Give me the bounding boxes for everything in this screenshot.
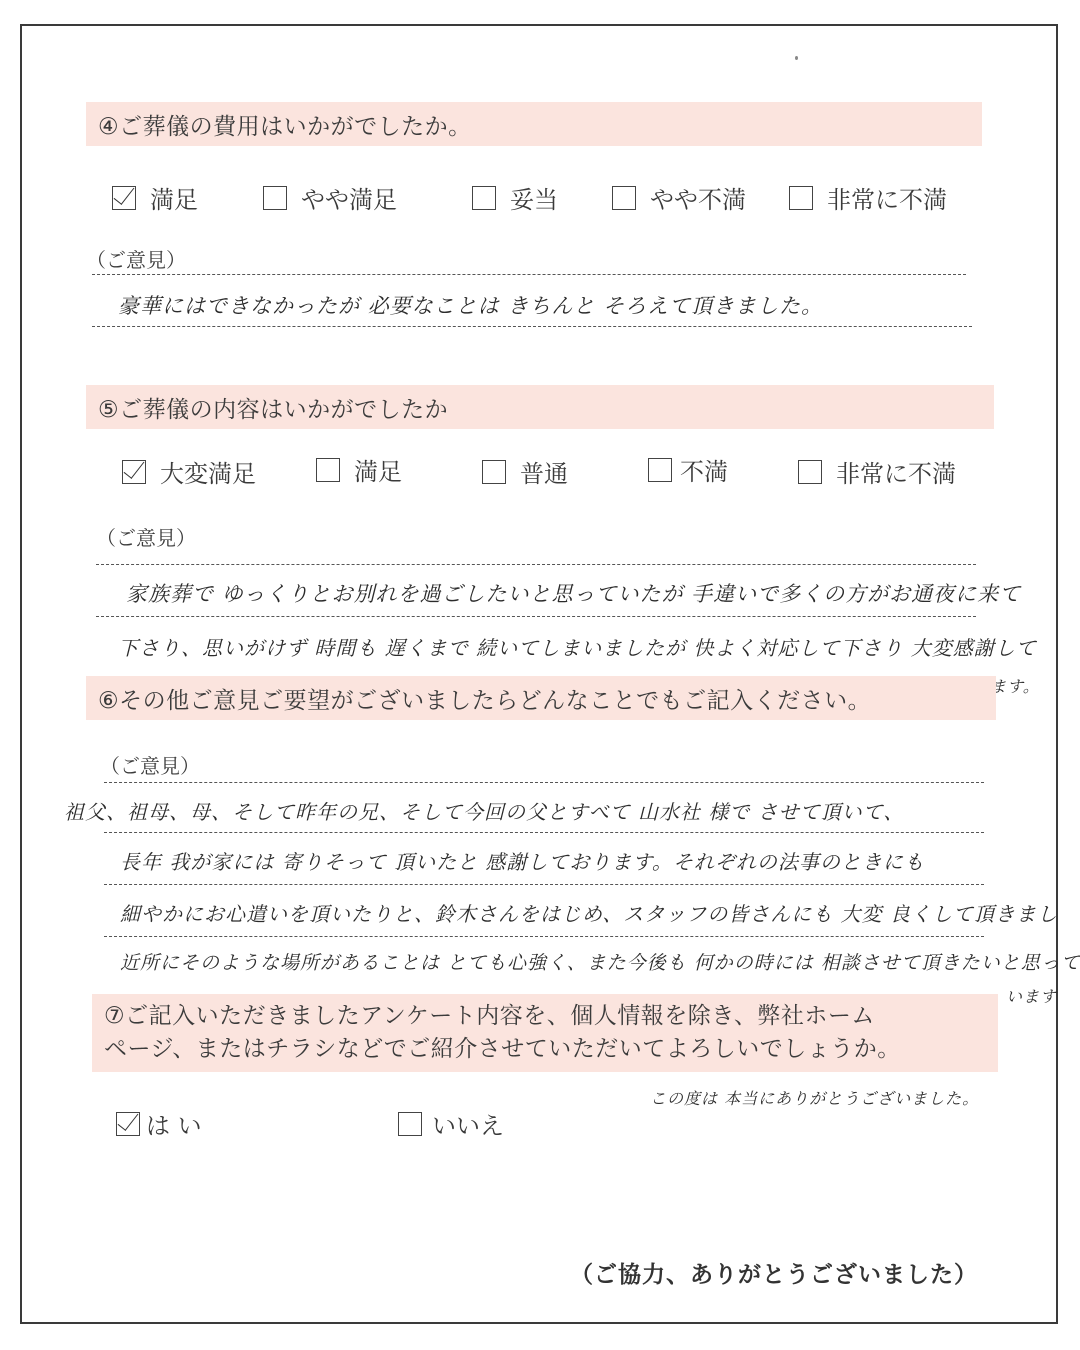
option-label: いいえ	[432, 1106, 504, 1141]
checkbox-icon[interactable]	[472, 186, 496, 210]
question-5-header: ⑤ご葬儀の内容はいかがでしたか	[86, 385, 994, 429]
q6-comment-line-3: 細やかにお心遣いを頂いたりと、鈴木さんをはじめ、スタッフの皆さんにも 大変 良く…	[120, 898, 1058, 927]
option-label: 非常に不満	[827, 180, 947, 215]
q4-option-very-dissatisfied[interactable]: 非常に不満	[789, 180, 947, 215]
checkbox-icon[interactable]	[789, 186, 813, 210]
q6-comment-line-4: 近所にそのような場所があることは とても心強く、また今後も 何かの時には 相談さ…	[120, 948, 1080, 975]
checkbox-checked-icon[interactable]	[112, 186, 136, 210]
checkbox-icon[interactable]	[482, 460, 506, 484]
q7-option-no[interactable]: いいえ	[398, 1106, 504, 1141]
q5-option-normal[interactable]: 普通	[482, 454, 568, 489]
option-label: 非常に不満	[836, 454, 956, 489]
checkbox-icon[interactable]	[798, 460, 822, 484]
question-7-title-line-1: ⑦ご記入いただきましたアンケート内容を、個人情報を除き、弊社ホーム	[104, 1000, 875, 1033]
q5-option-dissatisfied[interactable]: 不満	[648, 452, 728, 487]
q6-opinion-label: （ご意見）	[100, 750, 200, 779]
paper-speck	[795, 56, 798, 60]
dashed-line	[92, 326, 972, 327]
checkbox-icon[interactable]	[263, 186, 287, 210]
option-label: 満足	[354, 452, 402, 487]
question-7-title-line-2: ページ、またはチラシなどでご紹介させていただいてよろしいでしょうか。	[104, 1033, 901, 1066]
checkbox-icon[interactable]	[316, 458, 340, 482]
dashed-line	[96, 616, 976, 617]
q5-option-very-dissatisfied[interactable]: 非常に不満	[798, 454, 956, 489]
dashed-line	[104, 936, 984, 937]
q4-option-somewhat-dissatisfied[interactable]: やや不満	[612, 180, 746, 215]
q5-option-very-satisfied[interactable]: 大変満足	[122, 454, 256, 489]
checkbox-icon[interactable]	[612, 186, 636, 210]
q4-option-reasonable[interactable]: 妥当	[472, 180, 558, 215]
option-label: 大変満足	[160, 454, 256, 489]
option-label: 不満	[680, 452, 728, 487]
checkbox-checked-icon[interactable]	[122, 460, 146, 484]
q7-handwritten-note: この度は 本当にありがとうございました。	[650, 1086, 979, 1109]
question-7-header: ⑦ご記入いただきましたアンケート内容を、個人情報を除き、弊社ホーム ページ、また…	[92, 994, 998, 1072]
q4-opinion-label: （ご意見）	[86, 244, 186, 273]
checkbox-icon[interactable]	[648, 458, 672, 482]
q6-comment-line-5: います	[1006, 984, 1057, 1007]
q4-option-satisfied[interactable]: 満足	[112, 180, 198, 215]
option-label: やや不満	[650, 180, 746, 215]
option-label: は い	[146, 1106, 202, 1141]
q4-option-somewhat-satisfied[interactable]: やや満足	[263, 180, 397, 215]
question-5-title: ⑤ご葬儀の内容はいかがでしたか	[98, 391, 448, 424]
question-6-header: ⑥その他ご意見ご要望がございましたらどんなことでもご記入ください。	[86, 676, 996, 720]
question-4-header: ④ご葬儀の費用はいかがでしたか。	[86, 102, 982, 146]
checkbox-checked-icon[interactable]	[116, 1112, 140, 1136]
q7-option-yes[interactable]: は い	[116, 1106, 202, 1141]
q5-comment-line-1: 家族葬で ゆっくりとお別れを過ごしたいと思っていたが 手違いで多くの方がお通夜に…	[126, 578, 1021, 608]
closing-thanks: （ご協力、ありがとうございました）	[570, 1256, 978, 1289]
dashed-line	[92, 274, 966, 275]
checkbox-icon[interactable]	[398, 1112, 422, 1136]
q4-comment-line-1: 豪華にはできなかったが 必要なことは きちんと そろえて頂きました。	[118, 290, 823, 320]
q5-option-satisfied[interactable]: 満足	[316, 452, 402, 487]
dashed-line	[104, 782, 984, 783]
dashed-line	[104, 884, 984, 885]
q6-comment-line-2: 長年 我が家には 寄りそって 頂いたと 感謝しております。それぞれの法事のときに…	[120, 846, 925, 875]
q6-comment-line-1: 祖父、祖母、母、そして昨年の兄、そして今回の父とすべて 山水社 様で させて頂い…	[64, 796, 904, 825]
option-label: やや満足	[301, 180, 397, 215]
q5-comment-line-2: 下さり、思いがけず 時間も 遅くまで 続いてしまいましたが 快よく対応して下さり…	[118, 632, 1037, 661]
option-label: 普通	[520, 454, 568, 489]
dashed-line	[104, 832, 984, 833]
dashed-line	[96, 564, 976, 565]
option-label: 満足	[150, 180, 198, 215]
question-4-title: ④ご葬儀の費用はいかがでしたか。	[98, 108, 472, 141]
q5-opinion-label: （ご意見）	[96, 522, 196, 551]
option-label: 妥当	[510, 180, 558, 215]
question-6-title: ⑥その他ご意見ご要望がございましたらどんなことでもご記入ください。	[98, 682, 871, 715]
